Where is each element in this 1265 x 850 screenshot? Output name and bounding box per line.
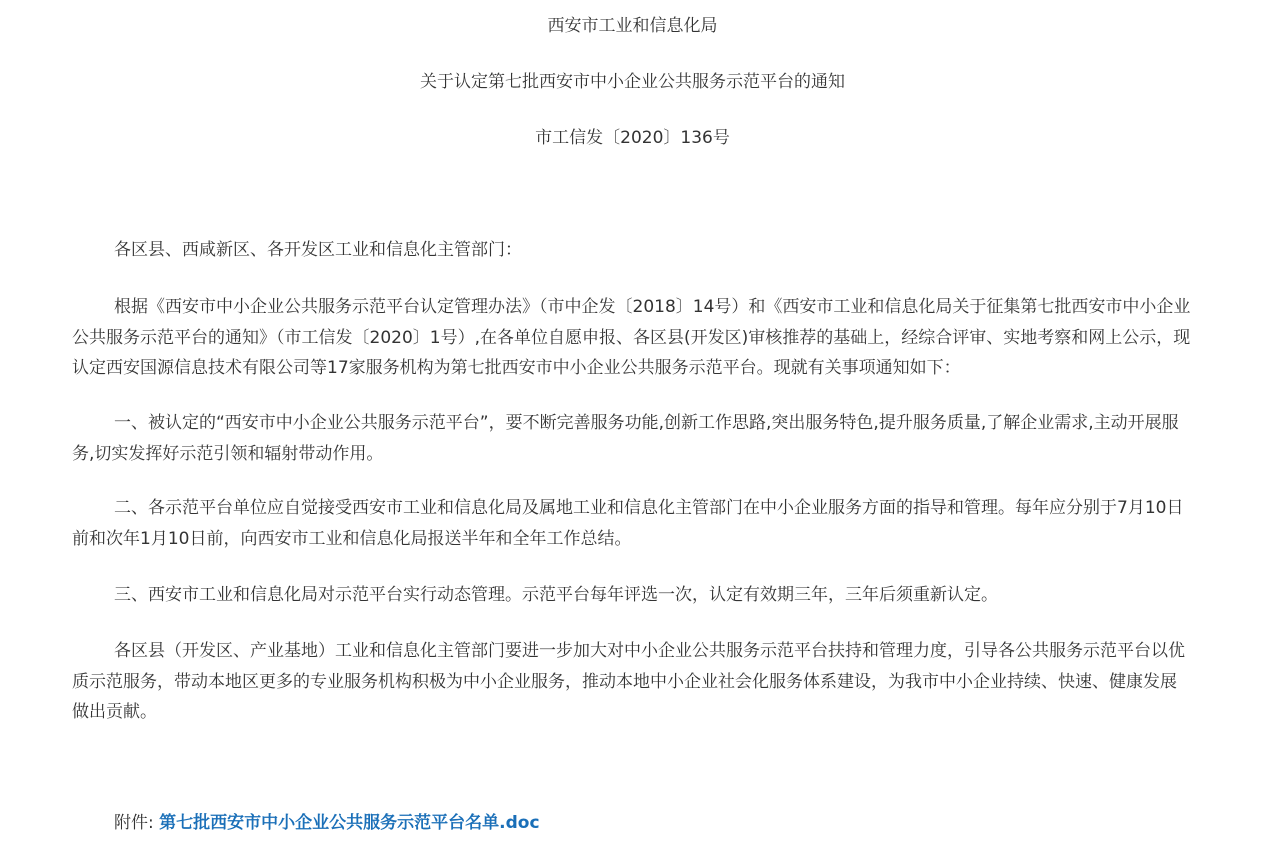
attachment-label: 附件: [114, 813, 159, 833]
notice-title: 关于认定第七批西安市中小企业公共服务示范平台的通知 [0, 70, 1265, 94]
notice-document: 西安市工业和信息化局 关于认定第七批西安市中小企业公共服务示范平台的通知 市工信… [0, 0, 1265, 850]
paragraph-item-3: 三、西安市工业和信息化局对示范平台实行动态管理。示范平台每年评选一次，认定有效期… [72, 580, 1192, 611]
attachment-link[interactable]: 第七批西安市中小企业公共服务示范平台名单.doc [159, 813, 539, 833]
paragraph-item-2: 二、各示范平台单位应自觉接受西安市工业和信息化局及属地工业和信息化主管部门在中小… [72, 493, 1192, 554]
paragraph-item-1: 一、被认定的“西安市中小企业公共服务示范平台”，要不断完善服务功能,创新工作思路… [72, 408, 1192, 469]
issuer-heading: 西安市工业和信息化局 [0, 14, 1265, 38]
document-number: 市工信发〔2020〕136号 [0, 126, 1265, 150]
paragraph-basis: 根据《西安市中小企业公共服务示范平台认定管理办法》（市中企发〔2018〕14号）… [72, 292, 1192, 384]
salutation: 各区县、西咸新区、各开发区工业和信息化主管部门： [72, 235, 1192, 266]
attachment-line: 附件: 第七批西安市中小企业公共服务示范平台名单.doc [114, 810, 540, 836]
paragraph-closing: 各区县（开发区、产业基地）工业和信息化主管部门要进一步加大对中小企业公共服务示范… [72, 636, 1192, 728]
